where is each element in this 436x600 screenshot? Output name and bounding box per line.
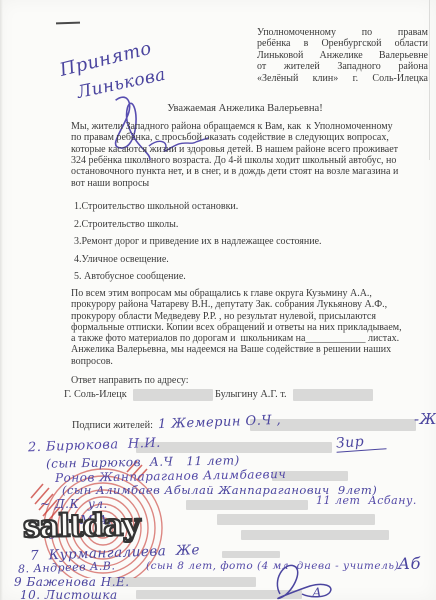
recipient-block: Уполномоченному по правам ребёнка в Орен… <box>257 27 428 84</box>
signature-row-10-tail: Аб <box>398 554 421 573</box>
issue-item-1: 1.Строительство школьной остановки. <box>74 201 424 219</box>
redaction-box-row-2 <box>136 442 332 453</box>
signature-row-1-tail: -Ж <box>414 410 436 428</box>
redaction-box-row-7 <box>217 514 375 525</box>
signature-row-12: 10. Листошка <box>20 588 118 600</box>
signature-row-12-tail: А <box>312 586 322 600</box>
redaction-box-row-9 <box>222 551 280 558</box>
signature-row-6-tail: 11 лет Асбану. <box>316 494 417 507</box>
signature-row-11: 9 Баженова Н.Е. <box>14 575 130 589</box>
paragraph-intro: Мы, жители Западного района обращаемся к… <box>71 121 433 189</box>
issue-item-3: 3.Ремонт дорог и приведение их в надлежа… <box>74 236 424 254</box>
issue-item-2: 2.Строительство школы. <box>74 219 424 237</box>
address-city: Г. Соль-Илецк <box>64 389 127 400</box>
paragraph-appeals: По всем этим вопросам мы обращались к гл… <box>71 288 433 367</box>
redaction-box-row-11 <box>110 577 256 587</box>
reply-heading: Ответ направить по адресу: <box>71 375 189 386</box>
scanned-letter-page: Принято Линькова Уполномоченному по прав… <box>0 0 436 600</box>
address-name: Булыгину А.Г. т. <box>215 389 287 400</box>
salutation: Уважаемая Анжелика Валерьевна! <box>66 103 424 114</box>
redaction-box-row-8 <box>241 530 389 540</box>
issue-item-5: 5. Автобусное сообщение. <box>74 271 424 289</box>
signature-flourish-row-11 <box>250 560 340 600</box>
scan-edge-left <box>0 0 3 600</box>
signatures-label: Подписи жителей: <box>72 420 153 431</box>
redaction-box-row-6 <box>186 500 308 510</box>
redaction-box-address <box>133 389 213 401</box>
saltday-watermark: saltday <box>23 507 140 545</box>
redaction-box-phone <box>293 389 373 401</box>
issues-list: 1.Строительство школьной остановки. 2.Ст… <box>74 201 424 289</box>
signature-row-2-tail: Зир <box>335 432 386 452</box>
pen-dash-mark <box>56 22 80 25</box>
issue-item-4: 4.Уличное освещение. <box>74 254 424 272</box>
